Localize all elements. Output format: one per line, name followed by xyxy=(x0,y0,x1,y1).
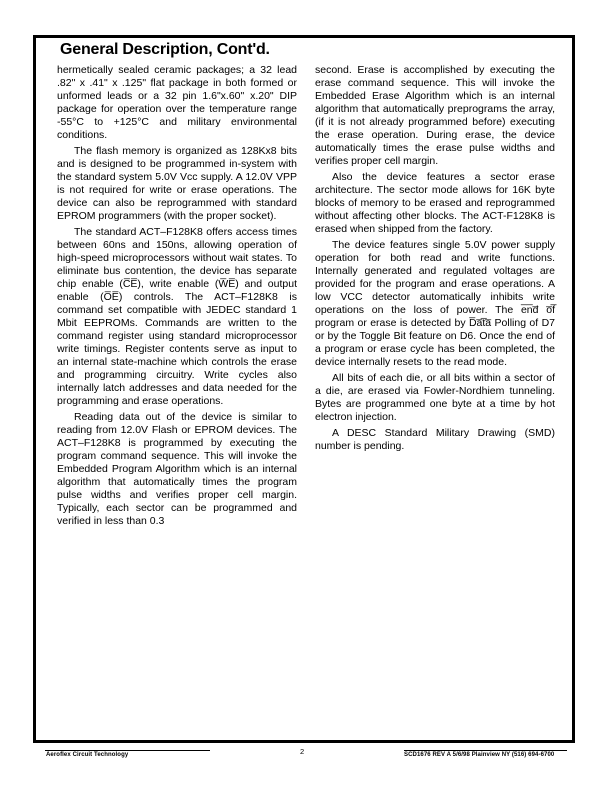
footer-company-name: Aeroflex Circuit Technology xyxy=(46,752,128,758)
paragraph: Reading data out of the device is simila… xyxy=(57,411,297,528)
paragraph: All bits of each die, or all bits within… xyxy=(315,372,555,424)
paragraph: Also the device features a sector erase … xyxy=(315,171,555,236)
footer-rule-right xyxy=(404,750,567,751)
paragraph: second. Erase is accomplished by executi… xyxy=(315,64,555,168)
footer-rule-left xyxy=(45,750,210,751)
paragraph: A DESC Standard Military Drawing (SMD) n… xyxy=(315,427,555,453)
paragraph: The device features single 5.0V power su… xyxy=(315,239,555,369)
paragraph: The standard ACT–F128K8 offers access ti… xyxy=(57,226,297,408)
body-columns: hermetically sealed ceramic packages; a … xyxy=(57,64,555,531)
page-title: General Description, Cont'd. xyxy=(60,41,270,59)
column-right: second. Erase is accomplished by executi… xyxy=(315,64,555,531)
paragraph: hermetically sealed ceramic packages; a … xyxy=(57,64,297,142)
footer-document-reference: SCD1676 REV A 5/6/98 Plainview NY (516) … xyxy=(404,752,567,758)
column-left: hermetically sealed ceramic packages; a … xyxy=(57,64,297,531)
page-number: 2 xyxy=(300,747,304,756)
paragraph: The flash memory is organized as 128Kx8 … xyxy=(57,145,297,223)
